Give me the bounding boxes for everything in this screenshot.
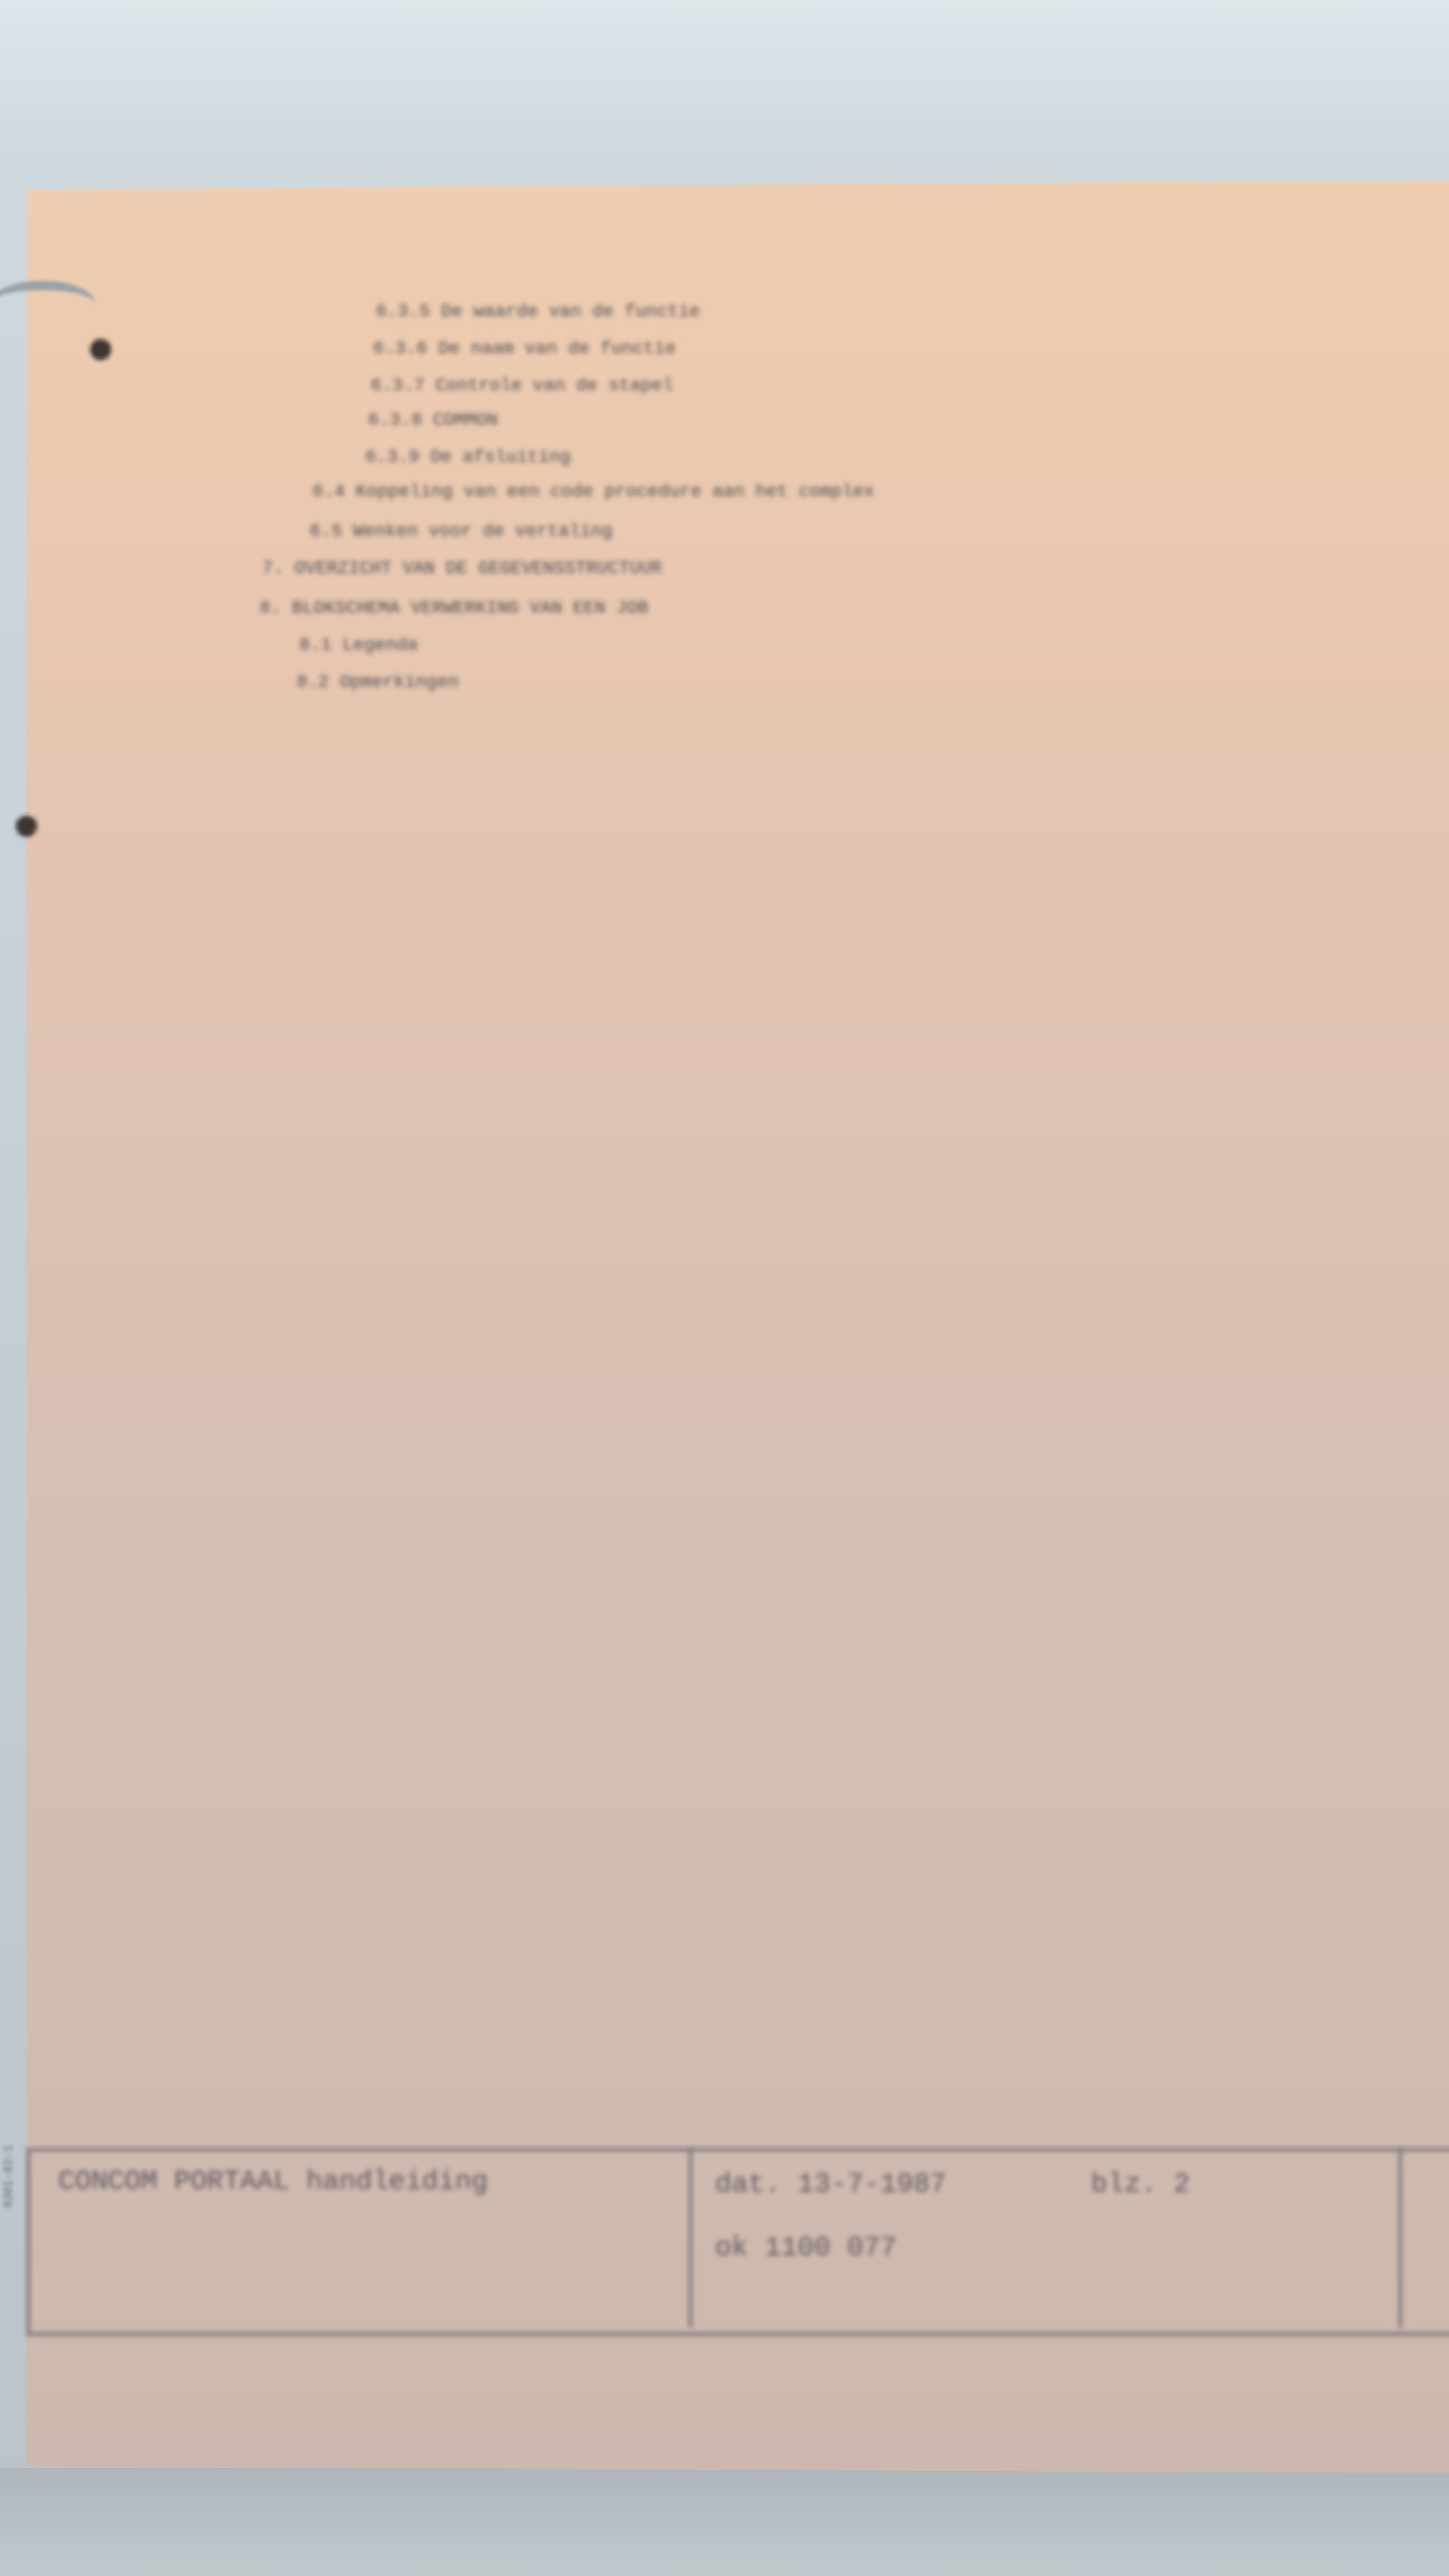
footer-author: ok 1100 077 — [715, 2232, 897, 2264]
toc-entry: 6.3.7 Controle van de stapel — [371, 376, 673, 396]
document-page — [26, 180, 1449, 2473]
footer-title: CONCOM PORTAAL handleiding — [58, 2166, 488, 2197]
binder-ring-icon — [0, 281, 95, 327]
footer-date: dat. 13-7-1987 — [715, 2169, 946, 2200]
toc-entry: 7. OVERZICHT VAN DE GEGEVENSSTRUCTUUR — [262, 559, 662, 579]
toc-entry: 6.3.8 COMMON — [368, 410, 498, 431]
toc-entry: 8. BLOKSCHEMA VERWERKING VAN EEN JOB — [260, 598, 649, 619]
toc-entry: 6.3.6 De naam van de functie — [373, 339, 676, 359]
toc-entry: 8.1 Legenda — [299, 636, 418, 656]
side-margin-text: 0301-82-1 — [2, 2145, 15, 2208]
footer-divider — [688, 2148, 693, 2328]
toc-entry: 6.3.9 De afsluiting — [365, 448, 571, 468]
footer-divider — [1398, 2148, 1402, 2328]
toc-entry: 6.4 Koppeling van een code procedure aan… — [312, 482, 874, 502]
binder-hole-icon — [16, 816, 37, 837]
desk-surface — [0, 2468, 1449, 2576]
toc-entry: 8.2 Opmerkingen — [297, 673, 459, 693]
toc-entry: 6.3.5 De waarde van de functie — [376, 302, 700, 322]
footer-page: blz. 2 — [1091, 2169, 1190, 2200]
binder-ring-end-icon — [90, 339, 111, 360]
toc-entry: 6.5 Wenken voor de vertaling — [310, 522, 612, 542]
